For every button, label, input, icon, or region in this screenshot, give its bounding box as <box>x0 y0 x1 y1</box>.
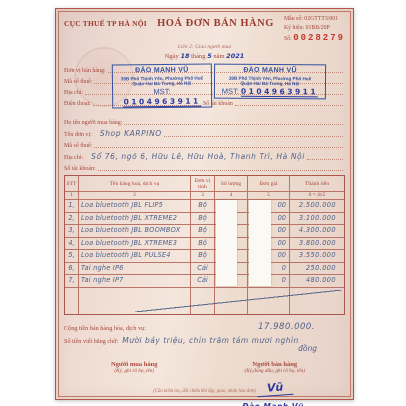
row-name: Tai nghe IP7 <box>78 275 190 287</box>
table-empty-rows <box>65 287 344 314</box>
stamp-mst-line: MST: 0104963911 <box>115 87 209 107</box>
row-stt: 7, <box>65 275 78 287</box>
row-total: 3.550.000 <box>289 250 344 262</box>
dotted-line <box>164 128 343 137</box>
col-header-stt: STT <box>65 176 78 191</box>
seller-unit-label: Đơn vị bán hàng: <box>64 68 106 74</box>
invoice-date: Ngày 18 tháng 5 năm 2021 <box>64 52 345 60</box>
row-stt: 6, <box>65 263 78 275</box>
col-header-qty: Số lượng <box>214 176 247 191</box>
footer-check-note: (Cần kiểm tra, đối chiếu khi lập, giao, … <box>59 389 350 394</box>
date-word-year: năm <box>213 53 224 60</box>
photo-canvas: CỤC THUẾ TP HÀ NỘI HOÁ ĐƠN BÁN HÀNG Mẫu … <box>0 0 406 406</box>
table-row: 1, Loa bluetooth JBL FLIP5 Bộ 00 2.500.0… <box>65 199 344 212</box>
table-row: 2, Loa bluetooth JBL XTREME2 Bộ 00 3.100… <box>65 212 344 225</box>
buyer-role-label: Người mua hàng <box>64 361 205 368</box>
date-year-value: 2021 <box>226 52 244 60</box>
seller-phone-label: Điện thoại: <box>64 101 91 107</box>
dotted-line <box>94 139 343 148</box>
row-total: 3.800.000 <box>289 238 344 250</box>
signature-section: Người mua hàng (Ký, ghi rõ họ, tên) Ngườ… <box>64 361 345 406</box>
empty-cell <box>65 288 78 314</box>
seller-section: Đơn vị bán hàng: Mã số thuế: Địa chỉ: Đi… <box>64 63 345 113</box>
row-stt: 1, <box>65 200 78 212</box>
correction-tape-qty <box>216 200 237 286</box>
row-total: 2.500.000 <box>289 200 344 212</box>
void-strike-line <box>135 290 342 312</box>
invoice-title: HOÁ ĐƠN BÁN HÀNG <box>157 15 274 29</box>
stamp-mst-value: 0104963911 <box>241 87 318 98</box>
row-name: Loa bluetooth JBL BOOMBOX <box>78 225 190 237</box>
buyer-section: Họ tên người mua hàng: Tên đơn vị: Shop … <box>64 115 345 173</box>
invoice-number-line: Số: 0028279 <box>284 32 345 46</box>
row-total: 3.100.000 <box>289 213 344 225</box>
totals-section: Cộng tiền bán hàng hóa, dịch vụ: 17.980.… <box>64 319 345 355</box>
items-table: STT Tên hàng hoá, dịch vụ Đơn vị tính Số… <box>64 175 345 315</box>
form-number: Mẫu số: 02GTTT3/001 <box>284 15 345 24</box>
row-unit: Bộ <box>190 213 214 225</box>
invoice-meta: Mẫu số: 02GTTT3/001 Ký hiệu: 01BB/20P Số… <box>284 15 345 46</box>
row-unit: Bộ <box>190 250 214 262</box>
row-total: 250.000 <box>289 263 344 275</box>
col-header-total: Thành tiền <box>289 176 344 191</box>
colnum: 1 <box>65 192 78 199</box>
colnum: 5 <box>247 192 289 199</box>
row-stt: 4, <box>65 238 78 250</box>
colnum: 2 <box>78 192 190 199</box>
row-name: Loa bluetooth JBL XTREME3 <box>78 238 190 250</box>
invoice-inner-frame: CỤC THUẾ TP HÀ NỘI HOÁ ĐƠN BÁN HÀNG Mẫu … <box>58 11 351 397</box>
correction-tape-price <box>249 200 271 286</box>
table-row: 7, Tai nghe IP7 Cái 0 480.000 <box>65 274 344 287</box>
date-day-value: 18 <box>180 52 189 60</box>
buyer-account-label: Số tài khoản: <box>64 166 96 172</box>
seller-taxcode-label: Mã số thuế: <box>64 79 92 85</box>
invoice-number-label: Số: <box>284 36 292 42</box>
stamp-mst-label: MST: <box>222 87 239 96</box>
buyer-address-value: Số 76, ngõ 6, Hữu Lê, Hữu Hoà, Thanh Trì… <box>91 152 305 161</box>
amount-words-value: Mười bảy triệu, chín trăm tám mươi nghìn <box>122 336 299 345</box>
colnum: 4 <box>214 192 247 199</box>
row-total: 4.300.000 <box>289 225 344 237</box>
date-month-value: 5 <box>207 52 212 60</box>
buyer-taxcode-label: Mã số thuế: <box>64 143 92 149</box>
grand-total-value: 17.980.000. <box>258 322 315 332</box>
row-unit: Cái <box>190 263 214 275</box>
table-row: 5, Loa bluetooth JBL PULSE4 Bộ 00 3.550.… <box>65 249 344 262</box>
table-row: 6, Tai nghe IP6 Cái 0 250.000 <box>65 262 344 275</box>
row-name: Loa bluetooth JBL FLIP5 <box>78 200 190 212</box>
seller-address-label: Địa chỉ: <box>64 90 83 96</box>
row-name: Tai nghe IP6 <box>78 263 190 275</box>
dotted-line <box>307 151 343 160</box>
seller-signed-name: Đào Mạnh Vũ. <box>205 402 346 406</box>
seller-stamp-right: ĐÀO MẠNH VŨ 39B Phố Thịnh Yên, Phường Ph… <box>214 63 326 98</box>
dotted-line <box>98 162 343 171</box>
row-stt: 2, <box>65 213 78 225</box>
row-name: Loa bluetooth JBL PULSE4 <box>78 250 190 262</box>
row-unit: Bộ <box>190 225 214 237</box>
row-stt: 5, <box>65 250 78 262</box>
col-header-price: Đơn giá <box>247 176 289 191</box>
row-stt: 3, <box>65 225 78 237</box>
col-header-name: Tên hàng hoá, dịch vụ <box>78 176 190 191</box>
invoice-number: 0028279 <box>293 33 345 43</box>
grand-total-label: Cộng tiền bán hàng hóa, dịch vụ: <box>64 325 146 332</box>
buyer-unit-label: Tên đơn vị: <box>64 132 92 138</box>
buyer-sign-note: (Ký, ghi rõ họ, tên) <box>64 368 205 374</box>
date-word-month: tháng <box>191 53 205 60</box>
amount-words-continued: đồng <box>64 344 345 355</box>
row-total: 480.000 <box>289 275 344 287</box>
colnum: 3 <box>190 192 214 199</box>
table-row: 4, Loa bluetooth JBL XTREME3 Bộ 00 3.800… <box>65 237 344 250</box>
seller-role-label: Người bán hàng <box>205 361 346 368</box>
buyer-signature-block: Người mua hàng (Ký, ghi rõ họ, tên) <box>64 361 205 406</box>
buyer-unit-value: Shop KARPINO <box>100 129 162 138</box>
colnum: 6 = 4x5 <box>289 192 344 199</box>
col-header-unit: Đơn vị tính <box>190 176 214 191</box>
stamp-mst-value: 0104963911 <box>124 96 201 107</box>
table-colnum-row: 1 2 3 4 5 6 = 4x5 <box>65 191 344 199</box>
dotted-line <box>124 116 343 125</box>
invoice-header: CỤC THUẾ TP HÀ NỘI HOÁ ĐƠN BÁN HÀNG Mẫu … <box>64 15 345 46</box>
buyer-address-label: Địa chỉ: <box>64 155 83 161</box>
invoice-paper: CỤC THUẾ TP HÀ NỘI HOÁ ĐƠN BÁN HÀNG Mẫu … <box>55 8 354 400</box>
row-unit: Bộ <box>190 238 214 250</box>
amount-words-label: Số tiền viết bằng chữ: <box>64 338 118 345</box>
table-row: 3, Loa bluetooth JBL BOOMBOX Bộ 00 4.300… <box>65 224 344 237</box>
row-unit: Bộ <box>190 200 214 212</box>
table-header-row: STT Tên hàng hoá, dịch vụ Đơn vị tính Số… <box>65 176 344 191</box>
serial-number: Ký hiệu: 01BB/20P <box>284 24 345 33</box>
stamp-mst-line: MST: 0104963911 <box>217 87 323 97</box>
row-name: Loa bluetooth JBL XTREME2 <box>78 213 190 225</box>
date-word-day: Ngày <box>165 53 179 60</box>
seller-signature-block: Người bán hàng (Ký,đóng dấu, ghi rõ họ, … <box>205 361 346 406</box>
seller-stamp-left: ĐÀO MẠNH VŨ 39B Phố Thịnh Yên, Phường Ph… <box>112 63 212 108</box>
tax-office-name: CỤC THUẾ TP HÀ NỘI <box>64 15 147 28</box>
buyer-name-label: Họ tên người mua hàng: <box>64 120 122 126</box>
stamp-mst-label: MST: <box>153 87 170 96</box>
row-unit: Cái <box>190 275 214 287</box>
